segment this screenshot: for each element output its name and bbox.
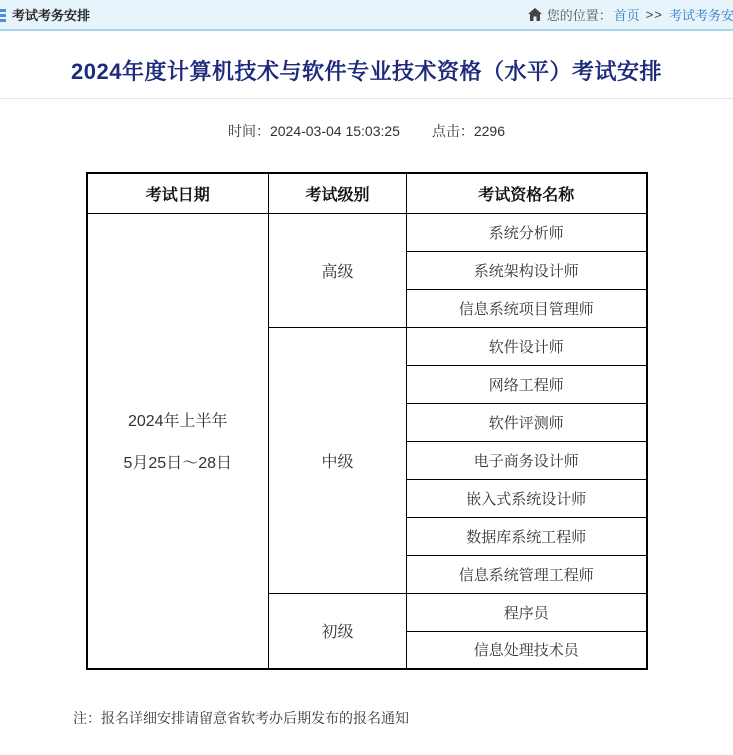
breadcrumb-separator: >>: [646, 7, 663, 22]
article-meta: 时间：2024-03-04 15:03:25 点击：2296: [0, 121, 733, 141]
qualification-cell: 系统架构设计师: [407, 251, 647, 289]
breadcrumb-current-link[interactable]: 考试考务安排: [669, 5, 733, 24]
qualification-cell: 程序员: [407, 593, 647, 631]
header-exam-date: 考试日期: [87, 173, 269, 213]
meta-time-value: 2024-03-04 15:03:25: [270, 123, 400, 139]
exam-date-cell: 2024年上半年 5月25日～28日: [87, 213, 269, 669]
qualification-cell: 信息处理技术员: [407, 631, 647, 669]
registration-note: 注：报名详细安排请留意省软考办后期发布的报名通知: [73, 708, 733, 728]
level-cell-senior: 高级: [269, 213, 407, 327]
qualification-cell: 软件评测师: [407, 403, 647, 441]
qualification-cell: 软件设计师: [407, 327, 647, 365]
qualification-cell: 系统分析师: [407, 213, 647, 251]
table-row: 2024年上半年 5月25日～28日 高级 系统分析师: [87, 213, 647, 251]
qualification-cell: 网络工程师: [407, 365, 647, 403]
home-icon: [528, 8, 542, 21]
title-divider: [0, 98, 733, 99]
exam-date-line1: 2024年上半年: [92, 408, 265, 431]
meta-clicks-value: 2296: [474, 123, 505, 139]
breadcrumb-location-label: 您的位置：: [547, 5, 612, 24]
qualification-cell: 信息系统项目管理师: [407, 289, 647, 327]
level-cell-intermediate: 中级: [269, 327, 407, 593]
topbar: 考试考务安排 您的位置： 首页 >> 考试考务安排: [0, 0, 733, 31]
level-cell-junior: 初级: [269, 593, 407, 669]
qualification-cell: 信息系统管理工程师: [407, 555, 647, 593]
exam-date-line2: 5月25日～28日: [92, 450, 265, 473]
meta-clicks-label: 点击：: [432, 123, 474, 139]
topbar-left: 考试考务安排: [0, 5, 90, 24]
table-header-row: 考试日期 考试级别 考试资格名称: [87, 173, 647, 213]
qualification-cell: 电子商务设计师: [407, 441, 647, 479]
article: 2024年度计算机技术与软件专业技术资格（水平）考试安排 时间：2024-03-…: [0, 55, 733, 728]
header-qualification-name: 考试资格名称: [407, 173, 647, 213]
page-title: 2024年度计算机技术与软件专业技术资格（水平）考试安排: [10, 55, 723, 86]
header-exam-level: 考试级别: [269, 173, 407, 213]
qualification-cell: 嵌入式系统设计师: [407, 479, 647, 517]
breadcrumb: 您的位置： 首页 >> 考试考务安排: [528, 5, 733, 24]
breadcrumb-home-link[interactable]: 首页: [614, 5, 640, 24]
qualification-cell: 数据库系统工程师: [407, 517, 647, 555]
section-title: 考试考务安排: [12, 5, 90, 24]
list-icon: [0, 7, 7, 23]
meta-time-label: 时间：: [228, 123, 270, 139]
exam-schedule-table: 考试日期 考试级别 考试资格名称 2024年上半年 5月25日～28日 高级 系…: [86, 172, 648, 670]
